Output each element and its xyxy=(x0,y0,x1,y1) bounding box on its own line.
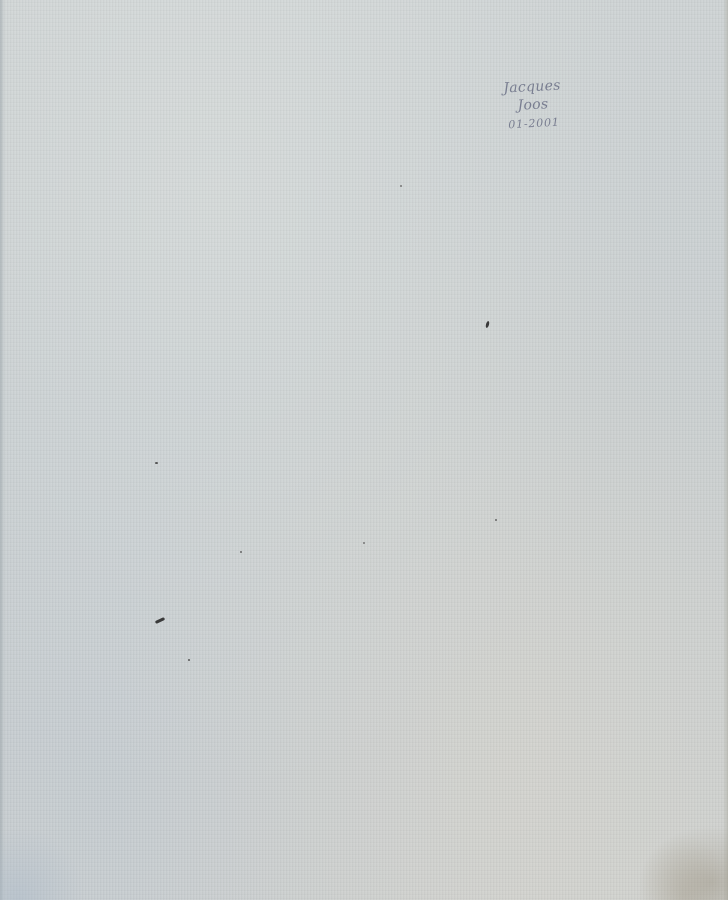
speck-upper-right xyxy=(485,321,490,329)
speck-small-3 xyxy=(188,659,190,661)
handwritten-inscription: Jacques Joos 01-2001 xyxy=(487,76,580,135)
artist-name: Jacques Joos xyxy=(487,76,579,117)
speck-small-6 xyxy=(363,542,365,544)
shadow-bottom-left xyxy=(0,820,90,900)
speck-small-1 xyxy=(155,462,158,464)
inscription-date: 01-2001 xyxy=(489,114,580,135)
speck-small-2 xyxy=(240,551,242,553)
canvas-left-edge xyxy=(0,0,6,900)
speck-lower-left xyxy=(155,617,165,624)
stain-bottom-right xyxy=(618,810,728,900)
canvas-back: Jacques Joos 01-2001 xyxy=(0,0,728,900)
speck-small-5 xyxy=(400,185,402,187)
speck-small-4 xyxy=(495,519,497,521)
canvas-right-edge xyxy=(723,0,728,900)
